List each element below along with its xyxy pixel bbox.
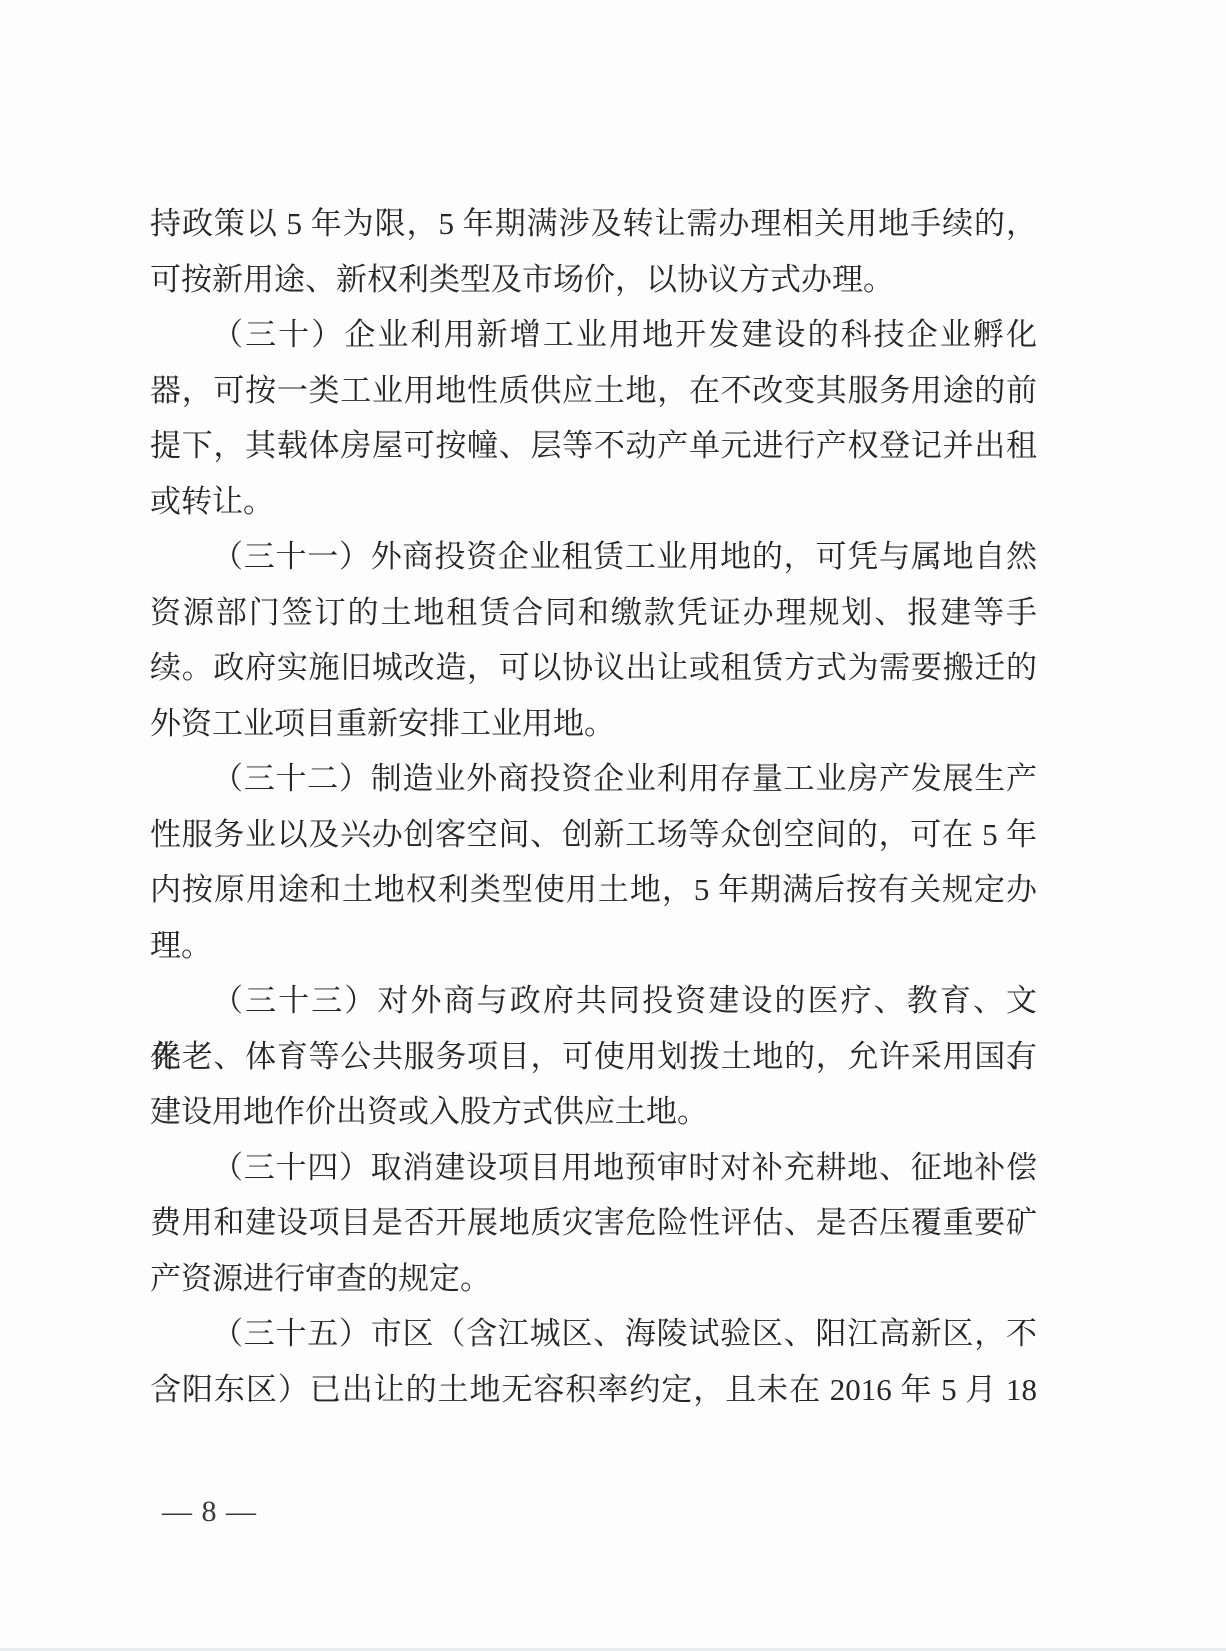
- document-body: 持政策以 5 年为限，5 年期满涉及转让需办理相关用地手续的， 可按新用途、新权…: [150, 196, 1037, 1417]
- text-line: 可按新用途、新权利类型及市场价，以协议方式办理。: [150, 252, 1037, 308]
- text-line: （三十二）制造业外商投资企业利用存量工业房产发展生产: [150, 751, 1037, 807]
- text-line: 费用和建设项目是否开展地质灾害危险性评估、是否压覆重要矿: [150, 1195, 1037, 1251]
- text-line: 性服务业以及兴办创客空间、创新工场等众创空间的，可在 5 年: [150, 807, 1037, 863]
- text-line: 持政策以 5 年为限，5 年期满涉及转让需办理相关用地手续的，: [150, 196, 1037, 252]
- text-line: 续。政府实施旧城改造，可以协议出让或租赁方式为需要搬迁的: [150, 640, 1037, 696]
- text-line: （三十四）取消建设项目用地预审时对补充耕地、征地补偿: [150, 1140, 1037, 1196]
- text-line: 提下，其载体房屋可按幢、层等不动产单元进行产权登记并出租: [150, 418, 1037, 474]
- text-line: 理。: [150, 918, 1037, 974]
- text-line: （三十五）市区（含江城区、海陵试验区、阳江高新区，不: [150, 1306, 1037, 1362]
- text-line: 养老、体育等公共服务项目，可使用划拨土地的，允许采用国有: [150, 1029, 1037, 1085]
- text-line: 器，可按一类工业用地性质供应土地，在不改变其服务用途的前: [150, 363, 1037, 419]
- text-line: 产资源进行审查的规定。: [150, 1251, 1037, 1307]
- text-line: 含阳东区）已出让的土地无容积率约定，且未在 2016 年 5 月 18: [150, 1362, 1037, 1418]
- text-line: 资源部门签订的土地租赁合同和缴款凭证办理规划、报建等手: [150, 585, 1037, 641]
- text-line: （三十三）对外商与政府共同投资建设的医疗、教育、文化、: [150, 973, 1037, 1029]
- text-line: 或转让。: [150, 474, 1037, 530]
- text-line: 建设用地作价出资或入股方式供应土地。: [150, 1084, 1037, 1140]
- text-line: （三十）企业利用新增工业用地开发建设的科技企业孵化: [150, 307, 1037, 363]
- text-line: 外资工业项目重新安排工业用地。: [150, 696, 1037, 752]
- document-page: 持政策以 5 年为限，5 年期满涉及转让需办理相关用地手续的， 可按新用途、新权…: [0, 0, 1226, 1651]
- text-line: 内按原用途和土地权利类型使用土地，5 年期满后按有关规定办: [150, 862, 1037, 918]
- page-number: — 8 —: [162, 1494, 257, 1530]
- text-line: （三十一）外商投资企业租赁工业用地的，可凭与属地自然: [150, 529, 1037, 585]
